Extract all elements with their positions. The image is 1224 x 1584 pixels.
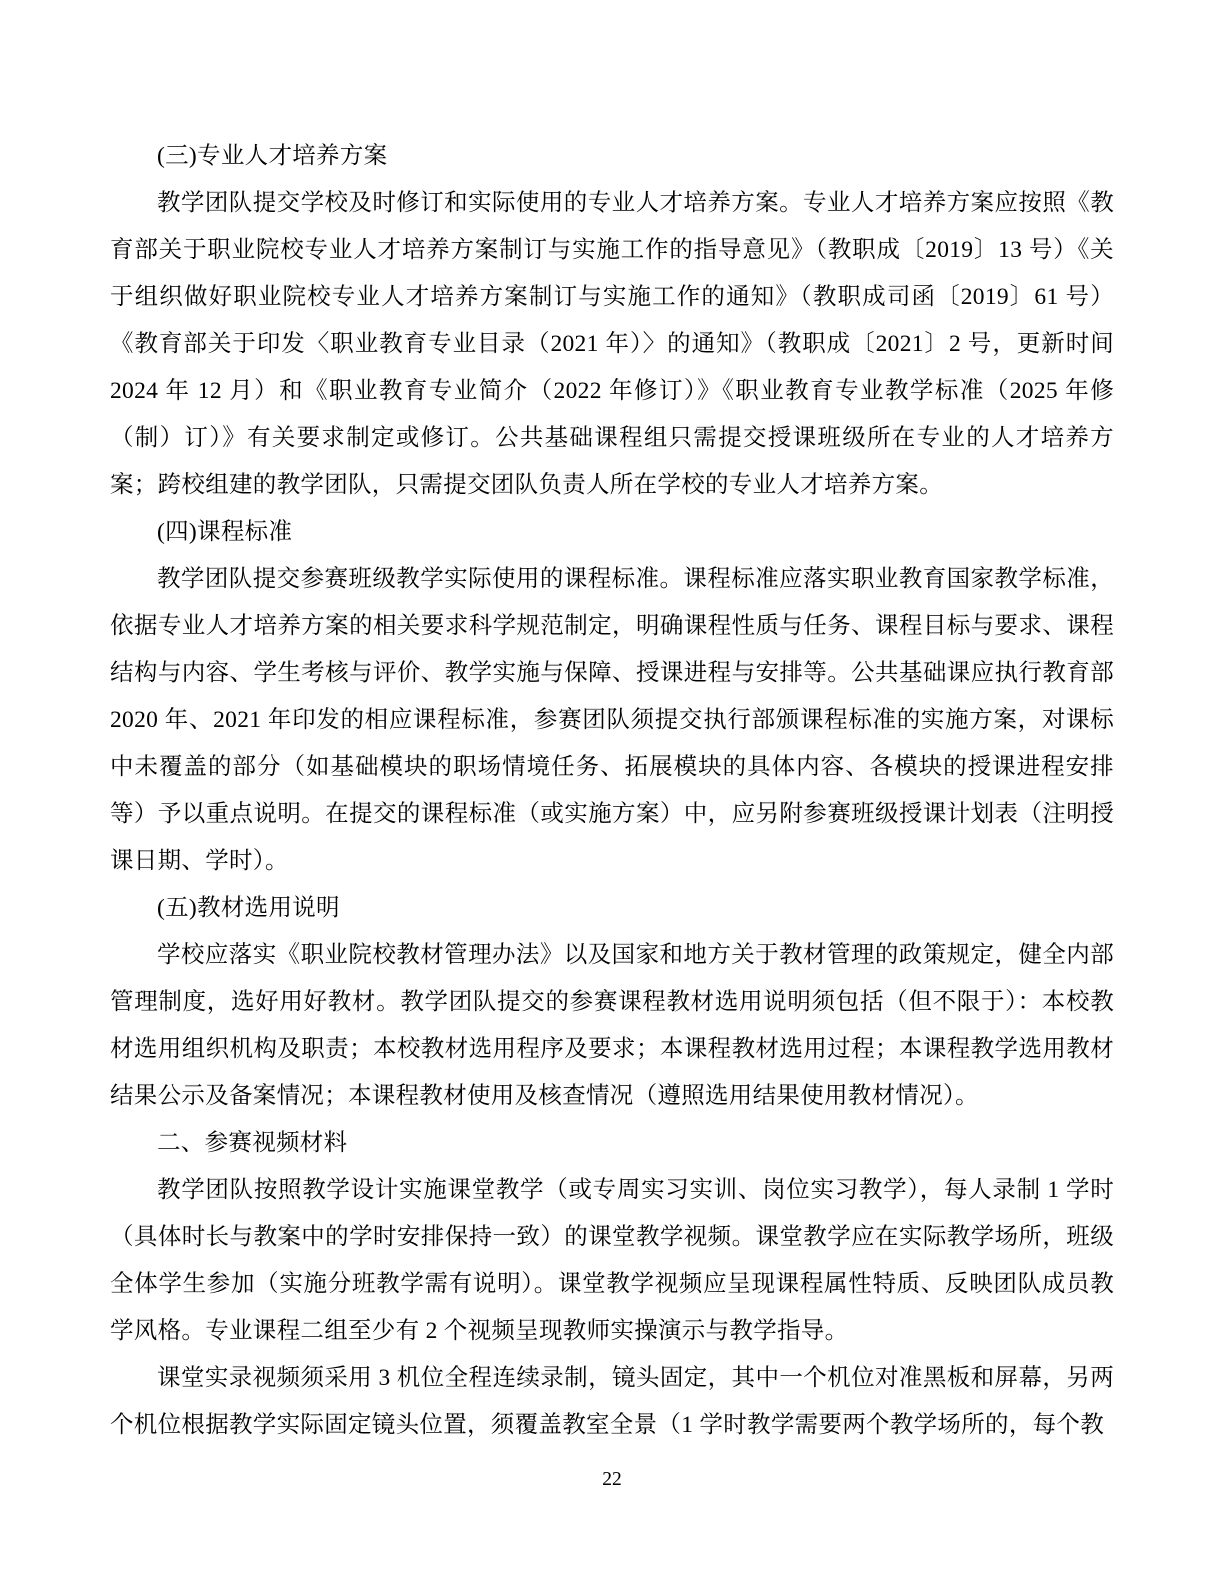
section-heading: (四)课程标准 <box>110 509 1114 556</box>
section-heading: 二、参赛视频材料 <box>110 1120 1114 1167</box>
page-number: 22 <box>602 1469 622 1490</box>
paragraph: 教学团队提交参赛班级教学实际使用的课程标准。课程标准应落实职业教育国家教学标准，… <box>110 556 1114 885</box>
paragraph: 教学团队提交学校及时修订和实际使用的专业人才培养方案。专业人才培养方案应按照《教… <box>110 180 1114 509</box>
paragraph: 教学团队按照教学设计实施课堂教学（或专周实习实训、岗位实习教学），每人录制 1 … <box>110 1167 1114 1355</box>
section-heading: (三)专业人才培养方案 <box>110 133 1114 180</box>
paragraph: 课堂实录视频须采用 3 机位全程连续录制，镜头固定，其中一个机位对准黑板和屏幕，… <box>110 1355 1114 1449</box>
page-footer: 22 <box>0 1467 1224 1493</box>
section-heading: (五)教材选用说明 <box>110 885 1114 932</box>
paragraph: 学校应落实《职业院校教材管理办法》以及国家和地方关于教材管理的政策规定，健全内部… <box>110 932 1114 1120</box>
document-page: (三)专业人才培养方案教学团队提交学校及时修订和实际使用的专业人才培养方案。专业… <box>0 0 1224 1584</box>
document-body: (三)专业人才培养方案教学团队提交学校及时修订和实际使用的专业人才培养方案。专业… <box>110 133 1114 1449</box>
